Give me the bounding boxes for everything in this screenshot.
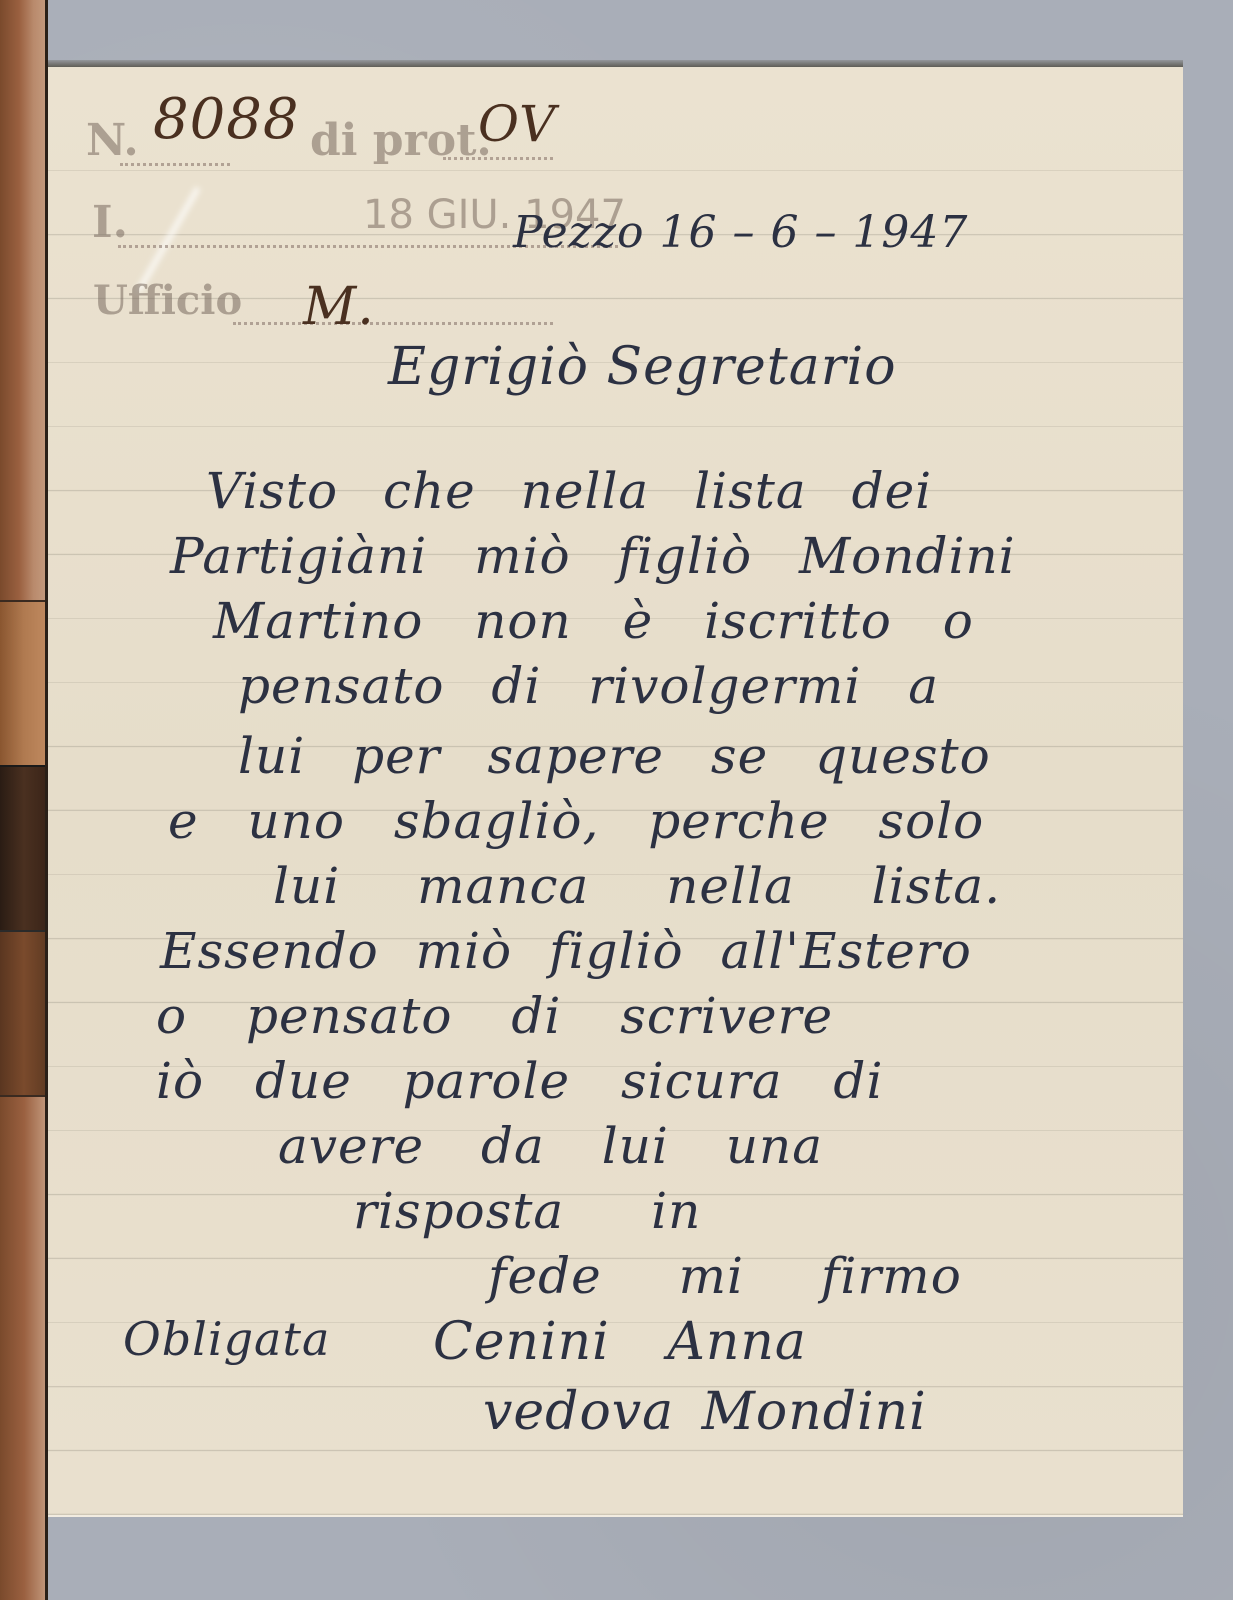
stamp-dotted-line [443, 157, 553, 160]
letter-line: avere da lui una [278, 1117, 823, 1175]
letter-page: N. di prot. I. 18 GIU. 1947 Ufficio 8088… [48, 67, 1183, 1517]
letter-line: Partigiàni miò figliò Mondini [170, 527, 1016, 585]
letter-line: lui manca nella lista. [273, 857, 1001, 915]
letter-line: Visto che nella lista dei [206, 462, 932, 520]
signature-name: Cenini Anna [433, 1312, 807, 1372]
salutation: Egrigiò Segretario [388, 337, 897, 397]
protocol-number: 8088 [153, 87, 300, 152]
binding-band [0, 930, 48, 1097]
letter-line: Essendo miò figliò all'Estero [160, 922, 972, 980]
signature-widow: vedova Mondini [483, 1382, 927, 1442]
letter-line: iò due parole sicura di [156, 1052, 883, 1110]
binding-band [0, 600, 48, 767]
binding-band [0, 765, 48, 932]
stamp-dotted-line [120, 163, 230, 166]
letter-line: risposta in [353, 1182, 701, 1240]
place-date: Pezzo 16 – 6 – 1947 [513, 207, 968, 258]
binding-band [0, 1095, 48, 1600]
stamp-dotted-line [233, 322, 553, 325]
protocol-suffix: OV [478, 95, 556, 153]
letter-line: pensato di rivolgermi a [238, 657, 939, 715]
stamp-office-label: Ufficio [93, 277, 242, 324]
closing: Obligata [123, 1312, 330, 1366]
stamp-number-prefix: N. [86, 115, 139, 166]
letter-line: o pensato di scrivere [156, 987, 833, 1045]
album-binding [0, 0, 48, 1600]
office-mark: M. [303, 277, 375, 337]
letter-line: e uno sbagliò, perche solo [168, 792, 984, 850]
letter-line: Martino non è iscritto o [213, 592, 974, 650]
letter-line: lui per sapere se questo [238, 727, 991, 785]
stamp-registry-prefix: I. [92, 197, 128, 248]
letter-line: fede mi firmo [488, 1247, 962, 1305]
